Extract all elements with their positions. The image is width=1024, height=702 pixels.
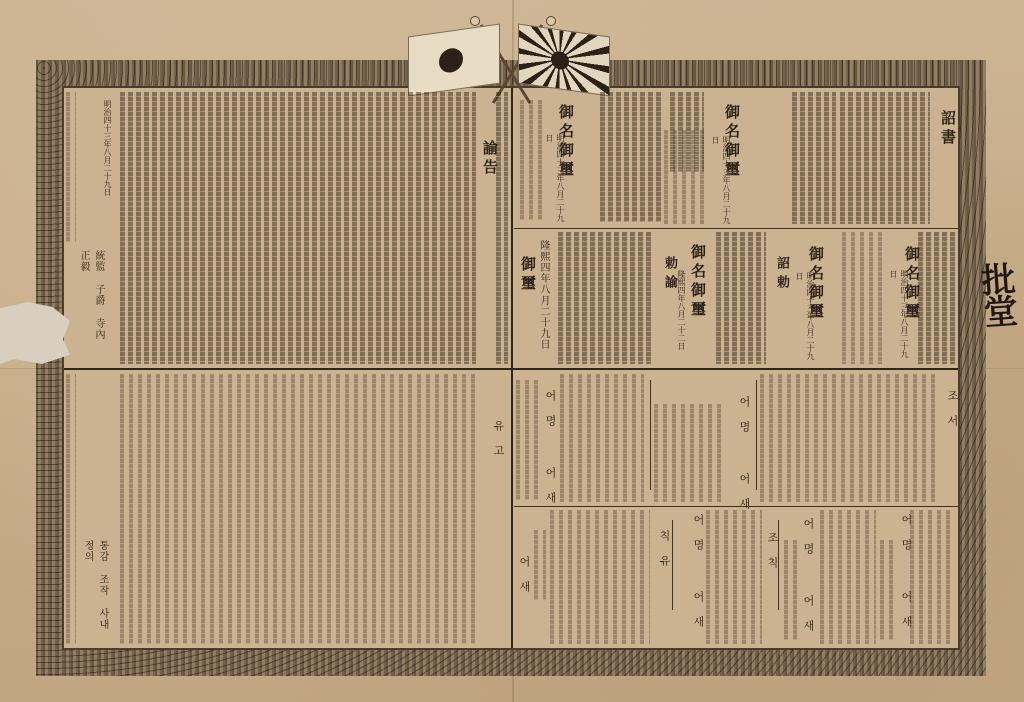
korean-notice-text [120,374,480,644]
notice-signatory-col [496,92,508,364]
notice-text [120,92,476,364]
column-rule [650,380,651,490]
korean-justice-signatory [516,380,538,500]
korean-edict-title: 조서 [944,390,960,440]
korean-seal-title-6: 어명 어새 [800,518,816,645]
ministers-list [664,130,708,224]
rising-sun-flag-icon [518,24,610,97]
korean-notice-margin [66,374,76,644]
korean-justice-body [560,374,644,502]
decree-title: 勅諭 [660,256,679,294]
edict-text [840,92,930,224]
justice-text [600,92,662,222]
rescript-title: 詔勅 [772,256,791,294]
decree-text [558,232,654,364]
flag-finial-right [546,16,556,26]
rescript-text [716,232,766,364]
justice-signatory [520,100,542,220]
korean-edict-text [918,232,956,364]
hinomaru-flag-icon [408,24,500,97]
korean-edict-signatories-b [880,540,896,640]
notice-signatory: 統監 子爵 寺內 正毅 [76,250,106,360]
rescript-date: 明治四十三年八月二十九日 [794,272,816,362]
notice-title: 諭告 [480,140,501,178]
korean-seal-title-2: 어명 어새 [736,396,752,523]
korean-seal-title-5: 어명 어새 [690,514,706,641]
justice-date: 明治四十三年八月二十九日 [544,134,566,224]
korean-rescript-body [706,510,762,644]
korean-decree-title: 칙유 [656,530,672,580]
korean-edict-body [760,374,936,502]
notice-date: 明治四十三年八月二十九日 [102,100,113,240]
middle-divider [64,368,958,370]
ministers-date: 明治四十三年八月二十九日 [710,136,732,226]
flag-finial-left [470,16,480,26]
korean-notice-title: 유고 [490,420,506,470]
korean-rescript-sign [784,540,798,640]
korean-decree-body [550,510,650,644]
korean-seal-title-4: 어새 [516,556,532,606]
edict-sign-date: 明治四十三年八月二十九日 [888,270,910,360]
korean-decree-body-a [820,510,876,644]
edict-title: 詔書 [938,110,959,148]
edict-signatories [842,232,884,364]
korean-edict-body-b [910,510,954,644]
korean-seal-title-3: 어명 어새 [542,390,558,517]
notice-margin-text [66,92,76,242]
korean-notice-signatory: 통감 조작 사내 정의 [80,540,110,640]
korean-seal-date-b [534,530,546,600]
margin-calligraphy: 批堂 [970,260,1023,327]
column-rule [672,520,673,610]
korean-seal-title: 御璽 [518,256,539,294]
column-rule [756,380,757,490]
decree-seal-title: 御名御璽 [688,244,709,320]
edict-text-cont [792,92,836,224]
upper-right-divider [514,228,958,229]
korean-ministers-list [654,404,722,502]
column-rule [778,520,779,610]
